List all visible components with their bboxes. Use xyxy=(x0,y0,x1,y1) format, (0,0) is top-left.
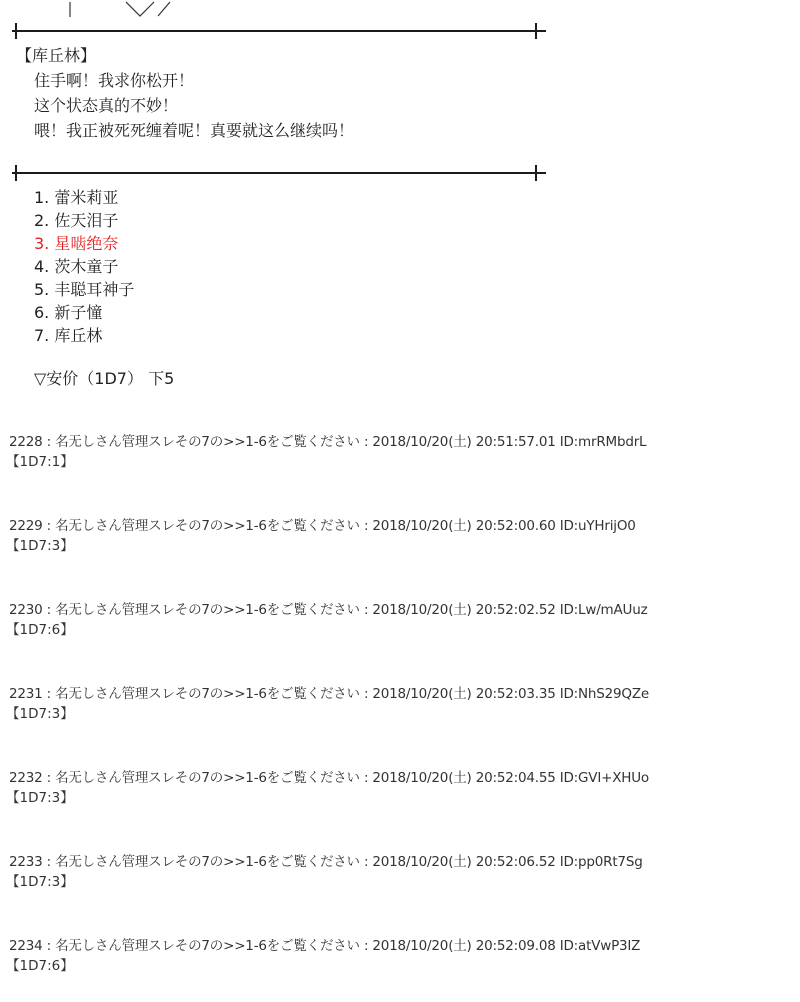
post-dice-result: 【1D7:3】 xyxy=(6,872,74,892)
choice-item: 7. 库丘林 xyxy=(34,324,134,347)
choice-item-selected: 3. 星啮绝奈 xyxy=(34,232,134,255)
divider-cap-right xyxy=(535,23,537,39)
post-dice-result: 【1D7:3】 xyxy=(6,704,74,724)
post-dice-result: 【1D7:3】 xyxy=(6,536,74,556)
speaker-name: 【库丘林】 xyxy=(16,44,96,67)
post-dice-result-selected: 【1D7:3】 xyxy=(6,788,74,808)
post-header: 2229 : 名无しさん管理スレその7の>>1-6をご覧ください : 2018/… xyxy=(9,516,636,536)
post-dice-result: 【1D7:1】 xyxy=(6,452,74,472)
divider-cap-right xyxy=(535,165,537,181)
post-dice-result: 【1D7:6】 xyxy=(6,620,74,640)
choice-item: 4. 茨木童子 xyxy=(34,255,134,278)
choice-item: 5. 丰聪耳神子 xyxy=(34,278,134,301)
dialogue-line: 住手啊！我求你松开！ xyxy=(34,69,194,92)
post-header: 2230 : 名无しさん管理スレその7の>>1-6をご覧ください : 2018/… xyxy=(9,600,647,620)
post-header: 2233 : 名无しさん管理スレその7の>>1-6をご覧ください : 2018/… xyxy=(9,852,643,872)
choice-item: 2. 佐天泪子 xyxy=(34,209,134,232)
divider-rule-middle xyxy=(12,172,546,174)
divider-cap-left xyxy=(15,165,17,181)
dialogue-line: 这个状态真的不妙！ xyxy=(34,94,178,117)
dice-instruction: ▽安价（1D7） 下5 xyxy=(34,367,174,390)
post-header: 2228 : 名无しさん管理スレその7の>>1-6をご覧ください : 2018/… xyxy=(9,432,646,452)
choice-item: 6. 新子憧 xyxy=(34,301,134,324)
post-header: 2231 : 名无しさん管理スレその7の>>1-6をご覧ください : 2018/… xyxy=(9,684,649,704)
post-dice-result: 【1D7:6】 xyxy=(6,956,74,976)
choice-list: 1. 蕾米莉亚 2. 佐天泪子 3. 星啮绝奈 4. 茨木童子 5. 丰聪耳神子… xyxy=(34,186,134,347)
choice-item: 1. 蕾米莉亚 xyxy=(34,186,134,209)
dialogue-line: 喂！我正被死死缠着呢！真要就这么继续吗！ xyxy=(34,119,354,142)
divider-cap-left xyxy=(15,23,17,39)
post-header: 2232 : 名无しさん管理スレその7の>>1-6をご覧ください : 2018/… xyxy=(9,768,649,788)
ascii-art-fragment xyxy=(0,0,560,20)
post-header: 2234 : 名无しさん管理スレその7の>>1-6をご覧ください : 2018/… xyxy=(9,936,640,956)
divider-rule-top xyxy=(12,30,546,32)
